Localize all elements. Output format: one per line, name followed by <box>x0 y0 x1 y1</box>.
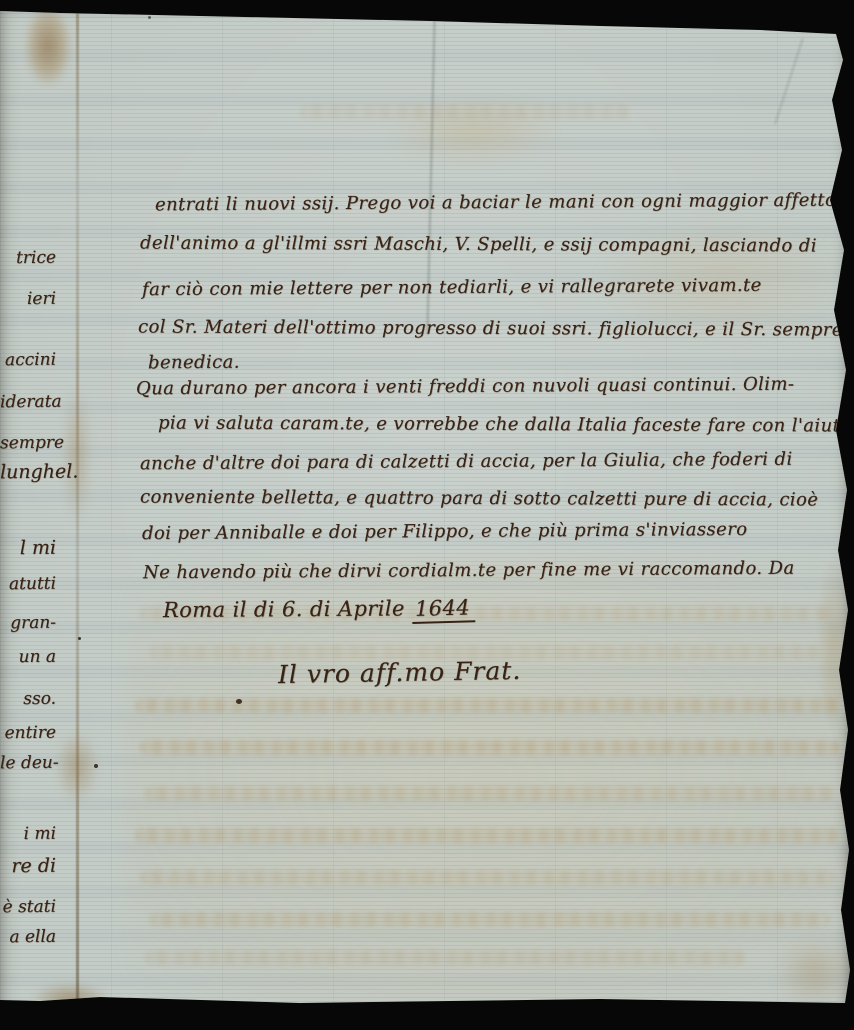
ink-speck <box>78 637 81 640</box>
facing-page-line-fragment: sso. <box>0 689 56 710</box>
ink-showthrough <box>135 828 840 843</box>
date-year-underlined: 1644 <box>411 595 475 624</box>
letter-line: doi per Anniballe e doi per Filippo, e c… <box>142 519 748 544</box>
letter-line: Qua durano per ancora i venti freddi con… <box>136 374 795 400</box>
facing-page-line-fragment: sempre <box>0 433 56 454</box>
letter-line: far ciò con mie lettere per non tediarli… <box>142 275 762 300</box>
stain-wash <box>780 940 850 1006</box>
facing-page-line-fragment: è stati <box>0 897 56 918</box>
letter-line: pia vi saluta caram.te, e vorrebbe che d… <box>158 412 851 436</box>
facing-page-line-fragment: re di <box>0 855 56 878</box>
letter-line: anche d'altre doi para di calzetti di ac… <box>140 449 793 475</box>
letter-line: benedica. <box>148 352 240 374</box>
ink-showthrough <box>300 104 630 119</box>
letter-page: trice ieri accini iderata sempre lunghel… <box>0 0 854 1030</box>
facing-page-line-fragment: a ella <box>0 927 56 948</box>
ink-speck <box>236 699 242 704</box>
letter-line: Ne havendo più che dirvi cordialm.te per… <box>143 558 795 584</box>
facing-page-line-fragment: un a <box>0 647 56 668</box>
facing-page-line-fragment: l mi <box>0 537 56 560</box>
ink-showthrough <box>145 950 745 965</box>
ink-showthrough <box>140 740 840 755</box>
letter-line: col Sr. Materi dell'ottimo progresso di … <box>138 316 843 340</box>
signature-line: Il vro aff.mo Frat. <box>278 656 522 689</box>
ink-showthrough <box>140 870 835 885</box>
ink-speck <box>94 764 98 768</box>
date-place-text: Roma il di 6. di Aprile <box>163 596 412 622</box>
facing-page-line-fragment: ieri <box>0 289 56 310</box>
letter-line: entrati li nuovi ssij. Prego voi a bacia… <box>155 190 836 216</box>
letter-line: dell'animo a gl'illmi ssri Maschi, V. Sp… <box>140 233 817 257</box>
ink-speck <box>148 16 151 19</box>
stain-blot <box>26 8 70 84</box>
paper-crease <box>774 38 803 124</box>
facing-page-line-fragment: gran- <box>0 613 56 634</box>
facing-page-line-fragment: atutti <box>0 574 56 595</box>
facing-page-line-fragment: trice <box>0 248 56 269</box>
facing-page-line-fragment: i mi <box>0 824 56 845</box>
stain-blot <box>34 984 106 1012</box>
fold-crease <box>76 11 79 1003</box>
facing-page-line-fragment: iderata <box>0 392 56 413</box>
facing-page-line-fragment: le deu- <box>0 753 56 774</box>
facing-page-line-fragment: entire <box>0 723 56 744</box>
facing-page-line-fragment: accini <box>0 350 56 371</box>
ink-showthrough <box>150 912 830 927</box>
facing-page-line-fragment: lunghel. <box>0 461 56 484</box>
letter-line: conveniente belletta, e quattro para di … <box>140 487 818 511</box>
ink-showthrough <box>145 786 835 801</box>
date-line: Roma il di 6. di Aprile 1644 <box>163 596 475 625</box>
manuscript-photo: trice ieri accini iderata sempre lunghel… <box>0 0 854 1030</box>
